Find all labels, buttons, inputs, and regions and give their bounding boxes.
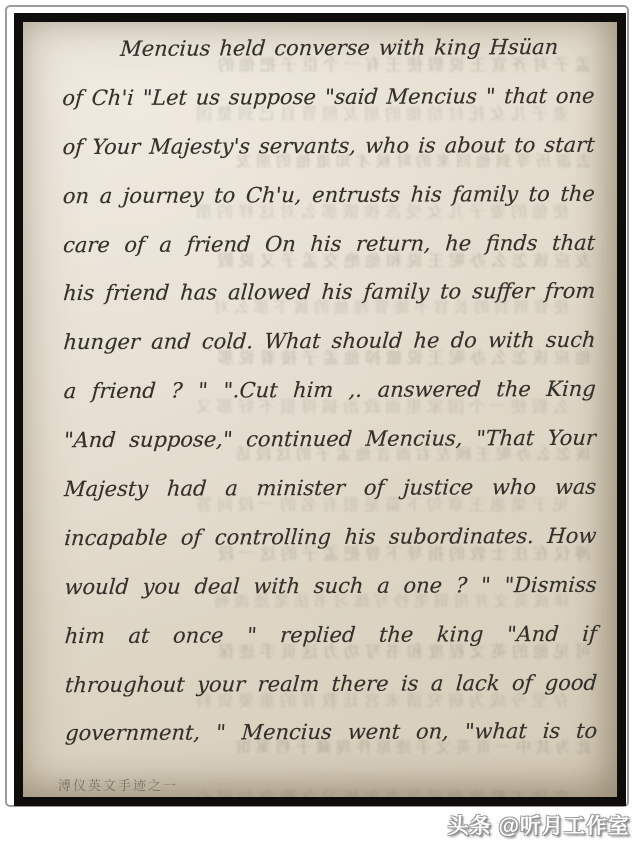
manuscript-line: on a journey to Ch'u, entrusts his famil… <box>61 181 596 232</box>
photo-post: 孟子对齐宣王说假使王有一个臣子把他的妻子儿女托付给他的朋友照管自己到楚国去游历等… <box>0 0 640 847</box>
manuscript-line: a friend ? " ".Cut him ,. answered the K… <box>61 377 596 428</box>
manuscript-line: Mencius held converse with king Hsüan <box>60 35 595 86</box>
manuscript-line: Majesty had a minister of justice who wa… <box>62 475 597 526</box>
manuscript-line: would you deal with such a one ? " "Dism… <box>62 573 597 624</box>
manuscript-line: of Ch'i "Let us suppose "said Mencius " … <box>60 84 595 135</box>
watermark: 头条 @听月工作室 <box>448 810 630 840</box>
photo-caption: 溥仪英文手迹之一 <box>58 775 178 794</box>
manuscript-photo: 孟子对齐宣王说假使王有一个臣子把他的妻子儿女托付给他的朋友照管自己到楚国去游历等… <box>14 13 626 806</box>
manuscript-text: Mencius held converse with king Hsüanof … <box>23 22 617 797</box>
manuscript-line: of Your Majesty's servants, who is about… <box>60 133 595 184</box>
manuscript-line: throughout your realm there is a lack of… <box>63 670 598 721</box>
manuscript-line: hunger and cold. What should he do with … <box>61 328 596 379</box>
manuscript-line: care of a friend On his return, he finds… <box>61 230 596 281</box>
manuscript-line: him at once " replied the king "And if <box>62 621 597 672</box>
manuscript-paper: 孟子对齐宣王说假使王有一个臣子把他的妻子儿女托付给他的朋友照管自己到楚国去游历等… <box>23 22 617 797</box>
manuscript-line: his friend has allowed his family to suf… <box>61 279 596 330</box>
manuscript-line: incapable of controlling his subordinate… <box>62 524 597 575</box>
manuscript-line: "And suppose," continued Mencius, "That … <box>62 426 597 477</box>
manuscript-line: government, " Mencius went on, "what is … <box>63 719 598 770</box>
